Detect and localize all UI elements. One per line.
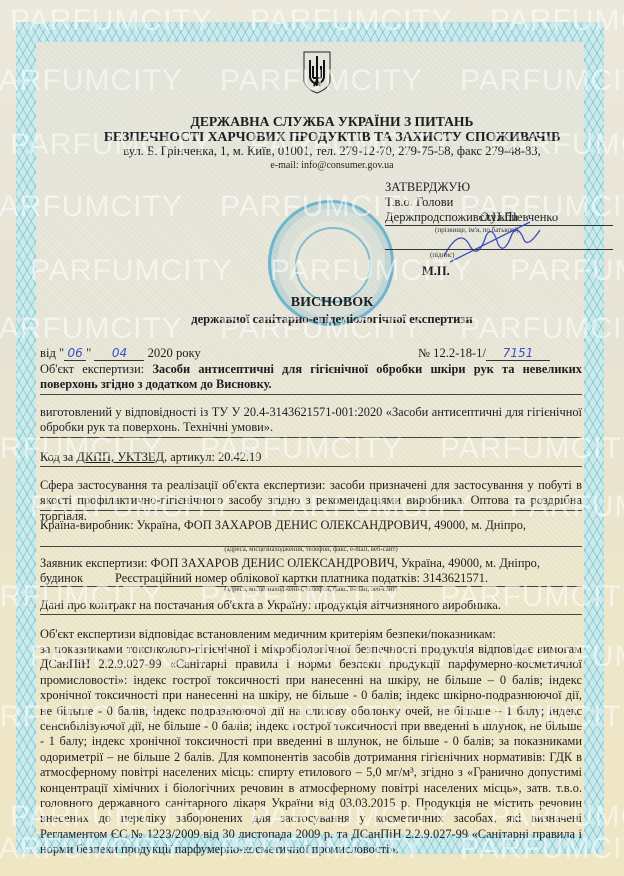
applicant-building: будинок [40, 571, 83, 585]
code-prefix: Код за [40, 450, 76, 464]
document-number: № 12.2-18-1/7151 [418, 346, 550, 361]
signature [440, 216, 550, 266]
code-classifier: ДКПП, УКТЗЕД [76, 450, 164, 464]
address-caption: (адреса, місцезнаходження, телефон, факс… [40, 546, 582, 553]
date-month: 04 [94, 346, 144, 361]
date-prefix: від " [40, 346, 64, 360]
divider [40, 437, 582, 438]
number-prefix: № 12.2-18-1/ [418, 346, 486, 360]
criteria-intro: Об'єкт експертизи відповідає встановлени… [40, 627, 582, 642]
signature-underline [385, 249, 613, 250]
divider [40, 466, 582, 467]
date-year: 2020 року [148, 346, 201, 360]
divider [40, 510, 582, 511]
object-of-expertise: Об'єкт експертизи: Засоби антисептичні д… [40, 362, 582, 393]
org-address: вул. Б. Грінченка, 1, м. Київ, 01001, те… [40, 144, 624, 159]
contract-info: Дані про контракт на постачання об'єкта … [40, 598, 582, 613]
org-name-line2: БЕЗПЕЧНОСТІ ХАРЧОВИХ ПРОДУКТІВ ТА ЗАХИСТ… [40, 129, 624, 145]
manufactured-per-spec: виготовлений у відповідності із ТУ У 20.… [40, 405, 582, 436]
applicant-line1: Заявник експертизи: ФОП ЗАХАРОВ ДЕНИС ОЛ… [40, 556, 582, 571]
signature-caption: (підпис) [430, 251, 455, 259]
ukraine-trident-icon [302, 50, 332, 94]
org-name-line1: ДЕРЖАВНА СЛУЖБА УКРАЇНИ З ПИТАНЬ [40, 114, 624, 130]
approval-label: ЗАТВЕРДЖУЮ [385, 180, 470, 195]
code-suffix: , артикул: 20.42.19 [164, 450, 261, 464]
country-of-manufacture: Країна-виробник: Україна, ФОП ЗАХАРОВ ДЕ… [40, 518, 582, 533]
object-label: Об'єкт експертизи: [40, 362, 152, 376]
product-code: Код за ДКПП, УКТЗЕД, артикул: 20.42.19 [40, 450, 582, 465]
applicant-caption: (адреса, місцезнаходження, телефон, факс… [40, 586, 582, 593]
criteria-body: за показниками токсиколого-гігієнічної і… [40, 642, 582, 858]
number-handwritten: 7151 [486, 346, 550, 361]
seal-label: М.П. [422, 264, 450, 279]
date-day: 06 [64, 346, 86, 361]
org-email: e-mail: info@consumer.gov.ua [40, 160, 624, 171]
divider [40, 394, 582, 395]
applicant-line2: будинокРеєстраційний номер облікової кар… [40, 571, 582, 586]
document-content: ДЕРЖАВНА СЛУЖБА УКРАЇНИ З ПИТАНЬ БЕЗПЕЧН… [40, 0, 584, 876]
document-subtitle: державної санітарно-епідеміологічної екс… [40, 312, 624, 327]
date-number-line: від "06" 04 2020 року № 12.2-18-1/7151 [40, 346, 624, 361]
divider [40, 614, 582, 615]
applicant-tax-number: Реєстраційний номер облікової картки пла… [115, 571, 488, 585]
document-title: ВИСНОВОК [40, 295, 624, 311]
date-quote: " [86, 346, 91, 360]
